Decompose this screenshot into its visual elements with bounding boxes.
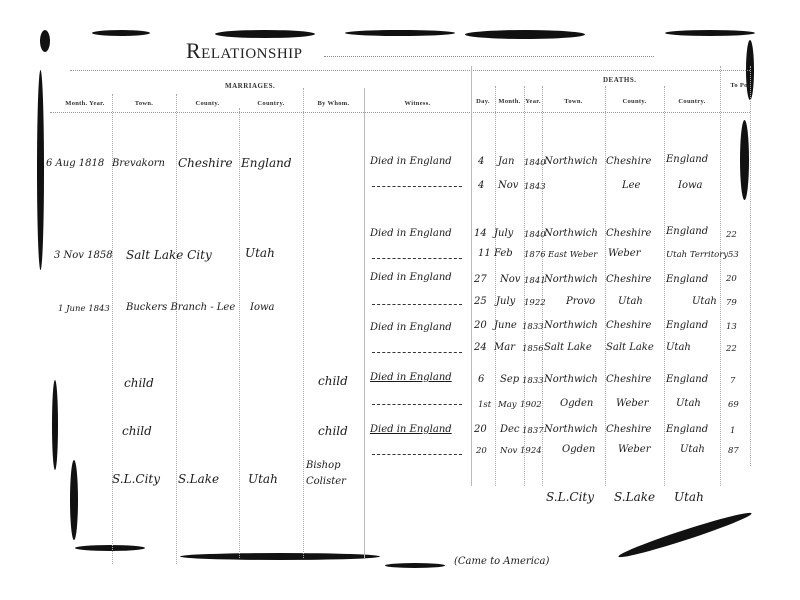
death-town: Northwich — [544, 374, 598, 385]
death-year: 1856 — [522, 344, 544, 354]
death-to-po: 13 — [726, 322, 737, 332]
death-town: Northwich — [544, 156, 598, 167]
death-to-po: 1 — [730, 426, 735, 436]
death-county: Cheshire — [606, 228, 651, 239]
marriages-header: MARRIAGES. — [225, 82, 275, 90]
death-town: Salt Lake — [544, 342, 592, 353]
death-county: Lee — [622, 180, 640, 191]
footer-residence-country: Utah — [674, 490, 704, 504]
death-to-po: 79 — [726, 298, 737, 308]
death-county: Weber — [608, 248, 640, 259]
death-country: Utah Territory — [666, 250, 728, 260]
death-year: 1840 — [524, 158, 546, 168]
page-title: Relationship — [186, 38, 303, 64]
death-to-po: 53 — [728, 250, 739, 260]
death-to-po: 22 — [726, 344, 737, 354]
death-year: 1841 — [524, 276, 546, 286]
death-town: Ogden — [560, 398, 593, 409]
death-to-po: 22 — [726, 230, 737, 240]
death-month: Jan — [498, 156, 514, 167]
footer-residence-county: S.Lake — [614, 490, 655, 504]
death-month: Nov — [500, 446, 517, 456]
title-underline — [324, 56, 654, 57]
torn-edge-left-3 — [52, 380, 58, 470]
col-divider — [239, 108, 240, 558]
witness-dashes — [372, 258, 462, 259]
death-town: Northwich — [544, 320, 598, 331]
death-month: July — [496, 296, 515, 307]
marriage-by-whom: child — [318, 424, 348, 438]
marriage-town: S.L.City — [112, 472, 160, 486]
death-to-po: 87 — [728, 446, 739, 456]
col-header-marriage-month-year: Month. Year. — [58, 100, 112, 107]
death-town: Ogden — [562, 444, 595, 455]
death-day: 4 — [478, 180, 484, 191]
death-year: 1840 — [524, 230, 546, 240]
marriage-country: Iowa — [250, 302, 275, 313]
death-town: Northwich — [544, 424, 598, 435]
col-header-marriage-town: Town. — [112, 100, 176, 107]
death-month: Mar — [494, 342, 515, 353]
death-year: 1843 — [524, 182, 546, 192]
marriage-town: Brevakorn — [112, 158, 165, 169]
marriage-date: 6 Aug 1818 — [46, 158, 104, 169]
death-county: Cheshire — [606, 424, 651, 435]
deaths-header: DEATHS. — [603, 76, 637, 84]
death-day: 14 — [474, 228, 487, 239]
witness-entry: Died in England — [370, 272, 452, 283]
torn-edge-left-1 — [40, 30, 50, 52]
col-header-death-town: Town. — [542, 98, 605, 105]
death-year: 1833 — [522, 322, 544, 332]
col-divider — [495, 86, 496, 486]
death-year: 1876 — [524, 250, 546, 260]
witness-entry: Died in England — [370, 156, 452, 167]
death-day: 6 — [478, 374, 484, 385]
torn-edge-bottom-4 — [617, 509, 753, 562]
marriage-town: Buckers Branch - Lee — [126, 302, 235, 313]
death-day: 24 — [474, 342, 487, 353]
marriage-date: 1 June 1843 — [58, 304, 110, 314]
torn-edge-bottom-3 — [385, 563, 445, 568]
torn-edge-bottom-2 — [180, 553, 380, 560]
marriage-country: England — [241, 156, 292, 170]
col-divider — [750, 66, 751, 466]
death-country: England — [666, 374, 708, 385]
col-header-death-county: County. — [605, 98, 664, 105]
death-to-po: 20 — [726, 274, 737, 284]
death-month: June — [494, 320, 517, 331]
col-header-marriage-county: County. — [176, 100, 239, 107]
death-day: 20 — [476, 446, 487, 456]
death-county: Salt Lake — [606, 342, 654, 353]
death-year: 1833 — [522, 376, 544, 386]
death-country: Utah — [666, 342, 691, 353]
death-county: Utah — [618, 296, 643, 307]
death-town: Northwich — [544, 228, 598, 239]
witness-dashes — [372, 352, 462, 353]
death-month: Nov — [500, 274, 520, 285]
death-to-po: 69 — [728, 400, 739, 410]
death-country: England — [666, 424, 708, 435]
death-country: England — [666, 274, 708, 285]
torn-edge-top-1 — [92, 30, 150, 36]
witness-dashes — [372, 404, 462, 405]
death-county: Cheshire — [606, 156, 651, 167]
witness-entry: Died in England — [370, 424, 452, 435]
death-country: Utah — [680, 444, 705, 455]
death-country: Utah — [676, 398, 701, 409]
death-day: 20 — [474, 424, 487, 435]
torn-edge-left-4 — [70, 460, 78, 540]
witness-dashes — [372, 186, 462, 187]
death-month: Feb — [494, 248, 513, 259]
footer-residence-town: S.L.City — [546, 490, 594, 504]
rule-top — [70, 70, 750, 71]
death-country: England — [666, 226, 708, 237]
document-page: Relationship MARRIAGES. DEATHS. Month. Y… — [0, 0, 800, 600]
death-town: Northwich — [544, 274, 598, 285]
death-year: 1922 — [524, 298, 546, 308]
torn-edge-left-2 — [37, 70, 44, 270]
marriage-county: S.Lake — [178, 472, 219, 486]
col-header-death-country: Country. — [664, 98, 720, 105]
col-header-by-whom: By Whom. — [303, 100, 364, 107]
death-county: Cheshire — [606, 320, 651, 331]
col-header-marriage-country: Country. — [239, 100, 303, 107]
col-divider — [664, 86, 665, 486]
rule-header-bottom — [50, 112, 750, 113]
marriage-by-whom: Bishop Colister — [306, 458, 364, 490]
footer-note: (Came to America) — [454, 556, 549, 567]
col-divider — [364, 88, 365, 558]
death-month: Dec — [500, 424, 520, 435]
death-county: Weber — [618, 444, 650, 455]
witness-entry: Died in England — [370, 228, 452, 239]
death-day: 20 — [474, 320, 487, 331]
death-month: May — [498, 400, 517, 410]
death-town: Provo — [566, 296, 595, 307]
death-county: Weber — [616, 398, 648, 409]
death-month: Nov — [498, 180, 518, 191]
torn-edge-top-3 — [345, 30, 455, 36]
death-to-po: 7 — [730, 376, 735, 386]
death-day: 1st — [478, 400, 491, 410]
death-year: 1924 — [520, 446, 542, 456]
col-divider — [471, 66, 472, 486]
col-header-death-year: Year. — [522, 98, 544, 105]
death-country: England — [666, 154, 708, 165]
death-year: 1837 — [522, 426, 544, 436]
marriage-town: Salt Lake City — [126, 248, 212, 262]
col-header-to-po: To Po. — [730, 82, 750, 89]
marriage-town: child — [122, 424, 152, 438]
torn-edge-top-2 — [215, 30, 315, 38]
marriage-date: 3 Nov 1858 — [54, 250, 113, 261]
marriage-county: Cheshire — [178, 156, 233, 170]
death-county: Cheshire — [606, 274, 651, 285]
death-day: 4 — [478, 156, 484, 167]
death-day: 27 — [474, 274, 487, 285]
col-divider — [720, 66, 721, 486]
col-divider — [303, 88, 304, 558]
col-header-death-day: Day. — [471, 98, 495, 105]
death-day: 25 — [474, 296, 487, 307]
death-year: 1902 — [520, 400, 542, 410]
death-county: Cheshire — [606, 374, 651, 385]
death-day: 11 — [478, 248, 491, 259]
death-month: Sep — [500, 374, 519, 385]
marriage-by-whom: child — [318, 374, 348, 388]
death-country: Iowa — [678, 180, 703, 191]
col-header-witness: Witness. — [364, 100, 471, 107]
death-country: Utah — [692, 296, 717, 307]
witness-dashes — [372, 454, 462, 455]
marriage-country: Utah — [245, 246, 275, 260]
death-town: East Weber — [548, 250, 597, 260]
marriage-country: Utah — [248, 472, 278, 486]
witness-entry: Died in England — [370, 372, 452, 383]
marriage-town: child — [124, 376, 154, 390]
death-month: July — [494, 228, 513, 239]
torn-edge-top-5 — [665, 30, 755, 36]
col-divider — [176, 94, 177, 564]
torn-edge-top-4 — [465, 30, 585, 39]
col-header-death-month: Month. — [495, 98, 524, 105]
torn-edge-bottom-1 — [75, 545, 145, 551]
death-country: England — [666, 320, 708, 331]
torn-edge-right-2 — [740, 120, 749, 200]
witness-entry: Died in England — [370, 322, 452, 333]
witness-dashes — [372, 304, 462, 305]
